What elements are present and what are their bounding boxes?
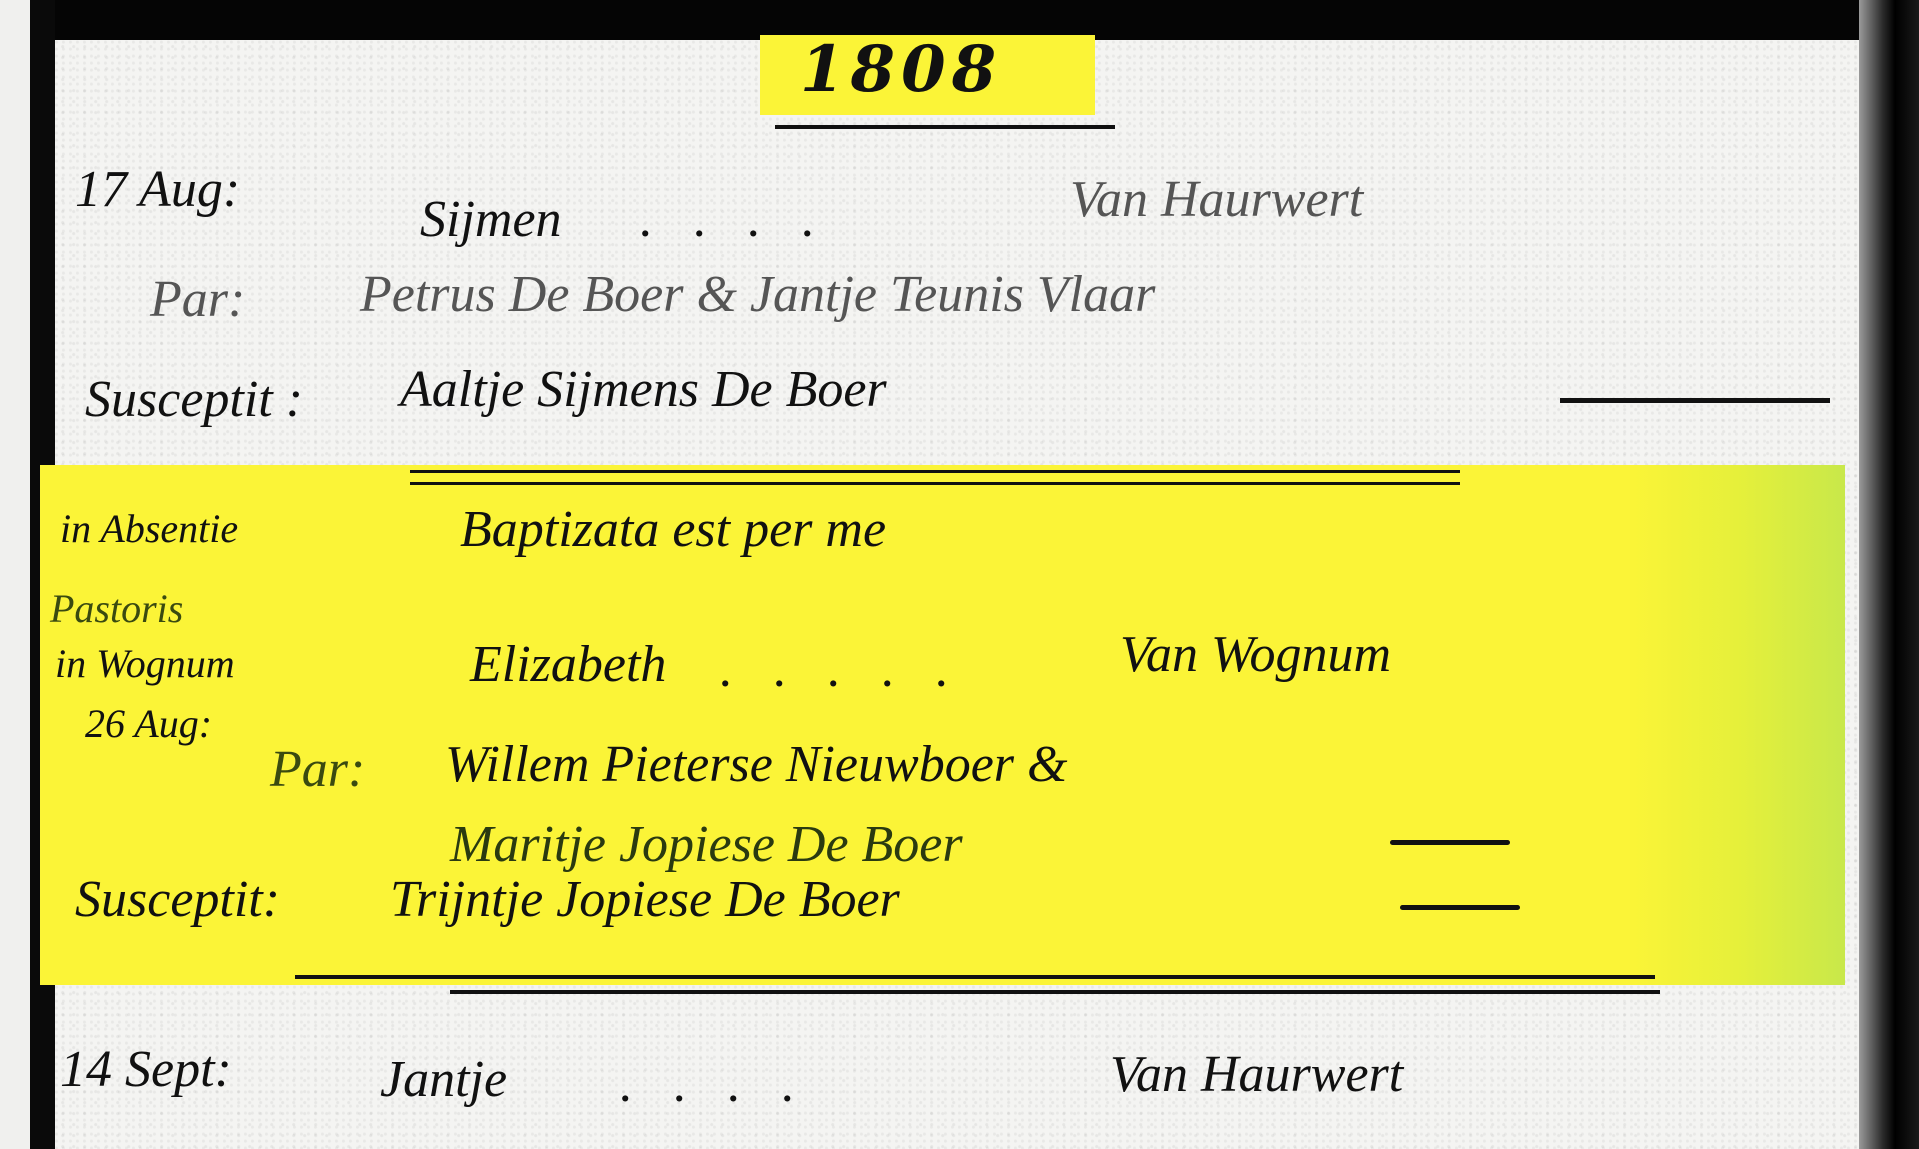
entry-1-place: Van Haurwert bbox=[1070, 170, 1363, 229]
entry-2-sponsor: Trijntje Jopiese De Boer bbox=[390, 870, 900, 929]
scan-right-edge bbox=[1859, 0, 1919, 1149]
entry-2-dots: . . . . . bbox=[720, 640, 963, 699]
entry-2-parents-line1: Willem Pieterse Nieuwboer & bbox=[445, 735, 1067, 794]
margin-note-in-absentie: in Absentie bbox=[60, 505, 238, 552]
entry-divider-2b bbox=[450, 990, 1660, 994]
margin-note-pastoris: Pastoris bbox=[50, 585, 183, 632]
entry-2-place: Van Wognum bbox=[1120, 625, 1391, 684]
entry-2-parents-line2: Maritje Jopiese De Boer bbox=[450, 815, 963, 874]
year-header: 1808 bbox=[800, 32, 1002, 107]
entry-1-closing-stroke bbox=[1560, 398, 1830, 403]
entry-2-date: 26 Aug: bbox=[85, 700, 212, 747]
entry-1-parents: Petrus De Boer & Jantje Teunis Vlaar bbox=[360, 265, 1155, 324]
entry-1-sponsor-label: Susceptit : bbox=[85, 370, 303, 429]
entry-1-date: 17 Aug: bbox=[75, 160, 240, 219]
entry-1-dots: . . . . bbox=[640, 190, 829, 249]
margin-note-in-wognum: in Wognum bbox=[55, 640, 235, 687]
year-underline bbox=[775, 125, 1115, 129]
adjacent-page-strip bbox=[0, 0, 30, 1149]
entry-2-sponsor-label: Susceptit: bbox=[75, 870, 280, 929]
entry-2-child-name: Elizabeth bbox=[470, 635, 666, 694]
entry-1-child-name: Sijmen bbox=[420, 190, 562, 249]
entry-3-child-name: Jantje bbox=[380, 1050, 507, 1109]
entry-divider-2a bbox=[295, 975, 1655, 979]
baptism-note: Baptizata est per me bbox=[460, 500, 886, 559]
scanned-register-page: 1808 17 Aug: Sijmen . . . . Van Haurwert… bbox=[0, 0, 1919, 1149]
entry-1-parents-label: Par: bbox=[150, 270, 245, 329]
entry-1-sponsor: Aaltje Sijmens De Boer bbox=[400, 360, 887, 419]
entry-3-date: 14 Sept: bbox=[60, 1040, 232, 1099]
entry-2-parents-label: Par: bbox=[270, 740, 365, 799]
entry-2-sponsor-flourish bbox=[1400, 905, 1520, 910]
entry-3-place: Van Haurwert bbox=[1110, 1045, 1403, 1104]
entry-3-dots: . . . . bbox=[620, 1055, 809, 1114]
entry-divider-1a bbox=[410, 470, 1460, 473]
entry-divider-1b bbox=[410, 482, 1460, 485]
entry-highlight bbox=[40, 465, 1845, 985]
entry-2-parents-flourish bbox=[1390, 840, 1510, 845]
